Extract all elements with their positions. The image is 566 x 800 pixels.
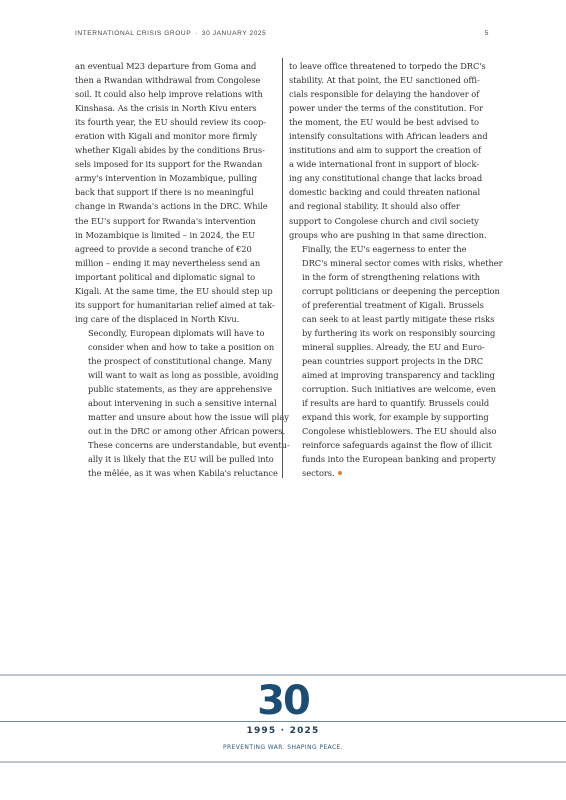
text-line: out in the DRC or among other African po…	[75, 424, 277, 438]
text-line: the prospect of constitutional change. M…	[75, 354, 277, 368]
footer-rule-bottom	[0, 761, 566, 763]
text-line: groups who are pushing in that same dire…	[289, 228, 494, 242]
header-separator: ·	[191, 30, 202, 37]
text-line: and regional stability. It should also o…	[289, 199, 494, 213]
text-line: aimed at improving transparency and tack…	[289, 368, 494, 382]
text-line: then a Rwandan withdrawal from Congolese	[75, 73, 277, 87]
text-line: sels imposed for its support for the Rwa…	[75, 157, 277, 171]
text-line: about intervening in such a sensitive in…	[75, 396, 277, 410]
text-line: million – ending it may nevertheless sen…	[75, 256, 277, 270]
text-line: Secondly, European diplomats will have t…	[75, 326, 277, 340]
text-line: Kinshasa. As the crisis in North Kivu en…	[75, 101, 277, 115]
text-line: expand this work, for example by support…	[289, 410, 494, 424]
text-line: cials responsible for delaying the hando…	[289, 87, 494, 101]
footer-rule-middle	[0, 721, 566, 722]
text-line: in Mozambique is limited – in 2024, the …	[75, 228, 277, 242]
text-line: support to Congolese church and civil so…	[289, 214, 494, 228]
text-line: Kigali. At the same time, the EU should …	[75, 284, 277, 298]
text-line: corruption. Such initiatives are welcome…	[289, 382, 494, 396]
text-line: pean countries support projects in the D…	[289, 354, 494, 368]
text-line: DRC's mineral sector comes with risks, w…	[289, 256, 494, 270]
page-number: 5	[485, 30, 489, 37]
publication-date: 30 JANUARY 2025	[202, 30, 266, 37]
text-line: the mêlée, as it was when Kabila's reluc…	[75, 466, 277, 480]
text-line: public statements, as they are apprehens…	[75, 382, 277, 396]
text-line: the moment, the EU would be best advised…	[289, 115, 494, 129]
text-line: consider when and how to take a position…	[75, 340, 277, 354]
text-line: corrupt politicians or deepening the per…	[289, 284, 494, 298]
text-line: can seek to at least partly mitigate the…	[289, 312, 494, 326]
text-line: important political and diplomatic signa…	[75, 270, 277, 284]
running-header: INTERNATIONAL CRISIS GROUP·30 JANUARY 20…	[75, 30, 489, 42]
text-line: back that support if there is no meaning…	[75, 185, 277, 199]
text-line: an eventual M23 departure from Goma and	[75, 59, 277, 73]
text-line: ing any constitutional change that lacks…	[289, 171, 494, 185]
text-line: institutions and aim to support the crea…	[289, 143, 494, 157]
text-line: agreed to provide a second tranche of €2…	[75, 242, 277, 256]
text-line: domestic backing and could threaten nati…	[289, 185, 494, 199]
text-line: to leave office threatened to torpedo th…	[289, 59, 494, 73]
text-line: will want to wait as long as possible, a…	[75, 368, 277, 382]
column-divider	[282, 58, 283, 478]
text-line: These concerns are understandable, but e…	[75, 438, 277, 452]
header-publisher-date: INTERNATIONAL CRISIS GROUP·30 JANUARY 20…	[75, 30, 266, 37]
anniversary-tagline: PREVENTING WAR. SHAPING PEACE.	[0, 744, 566, 751]
text-line: ing care of the displaced in North Kivu.	[75, 312, 277, 326]
text-line: matter and unsure about how the issue wi…	[75, 410, 277, 424]
publisher-name: INTERNATIONAL CRISIS GROUP	[75, 30, 191, 37]
left-text-column: an eventual M23 departure from Goma andt…	[75, 59, 277, 480]
text-line: a wide international front in support of…	[289, 157, 494, 171]
text-line: whether Kigali abides by the conditions …	[75, 143, 277, 157]
text-line: power under the terms of the constitutio…	[289, 101, 494, 115]
text-line: change in Rwanda's actions in the DRC. W…	[75, 199, 277, 213]
paragraph: Secondly, European diplomats will have t…	[75, 326, 277, 481]
text-line: Congolese whistleblowers. The EU should …	[289, 424, 494, 438]
text-line: the EU's support for Rwanda's interventi…	[75, 214, 277, 228]
anniversary-logo-number: 30	[0, 680, 566, 721]
text-line: mineral supplies. Already, the EU and Eu…	[289, 340, 494, 354]
text-line: funds into the European banking and prop…	[289, 452, 494, 466]
paragraph: an eventual M23 departure from Goma andt…	[75, 59, 277, 326]
text-line: its fourth year, the EU should review it…	[75, 115, 277, 129]
text-line: eration with Kigali and monitor more fir…	[75, 129, 277, 143]
footer-rule-top	[0, 674, 566, 676]
paragraph: to leave office threatened to torpedo th…	[289, 59, 494, 242]
text-line: its support for humanitarian relief aime…	[75, 298, 277, 312]
end-of-article-dot-icon	[338, 471, 342, 475]
right-text-column: to leave office threatened to torpedo th…	[289, 59, 494, 480]
text-line: stability. At that point, the EU sanctio…	[289, 73, 494, 87]
anniversary-years: 1995 · 2025	[0, 726, 566, 736]
text-line: reinforce safeguards against the flow of…	[289, 438, 494, 452]
text-line: intensify consultations with African lea…	[289, 129, 494, 143]
paragraph: Finally, the EU's eagerness to enter the…	[289, 242, 494, 481]
text-line: sectors.	[289, 466, 494, 480]
text-line: if results are hard to quantify. Brussel…	[289, 396, 494, 410]
text-line: ally it is likely that the EU will be pu…	[75, 452, 277, 466]
text-line: in the form of strengthening relations w…	[289, 270, 494, 284]
text-line: Finally, the EU's eagerness to enter the	[289, 242, 494, 256]
text-line: of preferential treatment of Kigali. Bru…	[289, 298, 494, 312]
text-line: by furthering its work on responsibly so…	[289, 326, 494, 340]
text-line: army's intervention in Mozambique, pulli…	[75, 171, 277, 185]
text-line: soil. It could also help improve relatio…	[75, 87, 277, 101]
